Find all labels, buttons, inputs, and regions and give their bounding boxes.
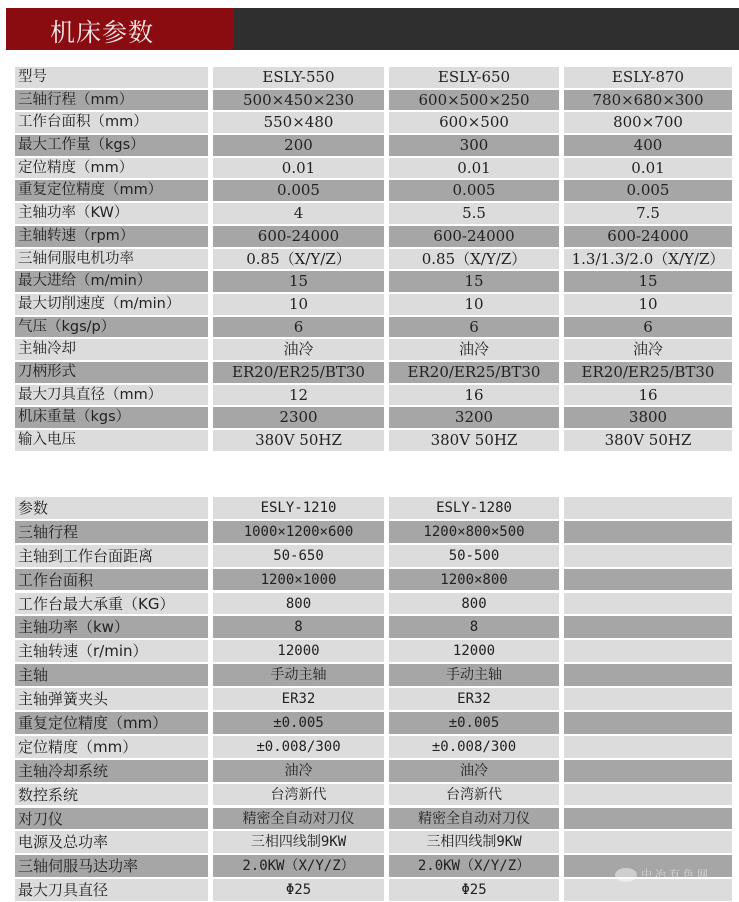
param-value: 600×500	[389, 112, 559, 133]
param-value: 12	[213, 385, 384, 406]
param-value	[564, 879, 732, 901]
table-row: 重复定位精度（mm）0.0050.0050.005	[15, 180, 732, 201]
param-label: 定位精度（mm）	[15, 158, 208, 179]
param-value: 780×680×300	[564, 90, 732, 111]
table-row: 数控系统台湾新代台湾新代	[15, 784, 732, 806]
param-value	[564, 760, 732, 782]
param-label: 刀柄形式	[15, 362, 208, 383]
table-row: 主轴转速（rpm）600-24000600-24000600-24000	[15, 226, 732, 247]
param-label: 主轴冷却	[15, 339, 208, 360]
param-value: 3200	[389, 407, 559, 428]
param-value: ER32	[389, 688, 559, 710]
param-value: 手动主轴	[389, 664, 559, 686]
table-row: 最大刀具直径（mm）121616	[15, 385, 732, 406]
param-label: 主轴弹簧夹头	[15, 688, 208, 710]
param-label: 最大刀具直径	[15, 879, 208, 901]
banner-title: 机床参数	[50, 13, 154, 49]
param-label: 三轴伺服马达功率	[15, 855, 208, 877]
param-value: 50-650	[213, 545, 384, 567]
param-value: 800×700	[564, 112, 732, 133]
param-value: 油冷	[389, 339, 559, 360]
banner-accent: 机床参数	[6, 8, 234, 50]
param-value: 400	[564, 135, 732, 156]
param-value: Φ25	[213, 879, 384, 901]
table-row: 最大刀具直径Φ25Φ25	[15, 879, 732, 901]
param-value: 10	[213, 294, 384, 315]
param-label: 最大切削速度（m/min）	[15, 294, 208, 315]
param-label: 三轴行程	[15, 521, 208, 543]
param-label: 三轴伺服电机功率	[15, 249, 208, 270]
param-value: ESLY-650	[389, 67, 559, 88]
param-value: 0.005	[564, 180, 732, 201]
table-row: 主轴转速（r/min）1200012000	[15, 640, 732, 662]
table-row: 输入电压380V 50HZ380V 50HZ380V 50HZ	[15, 430, 732, 451]
param-label: 最大工作量（kgs）	[15, 135, 208, 156]
param-label: 机床重量（kgs）	[15, 407, 208, 428]
param-value: Φ25	[389, 879, 559, 901]
table-row: 刀柄形式ER20/ER25/BT30ER20/ER25/BT30ER20/ER2…	[15, 362, 732, 383]
param-value: ER20/ER25/BT30	[564, 362, 732, 383]
param-value	[564, 569, 732, 591]
param-value: 0.01	[564, 158, 732, 179]
param-label: 定位精度（mm）	[15, 736, 208, 758]
param-label: 最大刀具直径（mm）	[15, 385, 208, 406]
param-value: 油冷	[213, 760, 384, 782]
param-value: 300	[389, 135, 559, 156]
param-value	[564, 545, 732, 567]
param-value: 1200×800×500	[389, 521, 559, 543]
param-value	[564, 784, 732, 806]
table-row: 最大进给（m/min）151515	[15, 271, 732, 292]
param-value: 油冷	[389, 760, 559, 782]
param-value: 8	[213, 616, 384, 638]
param-value: 三相四线制9KW	[213, 831, 384, 853]
param-value: 2.0KW（X/Y/Z）	[213, 855, 384, 877]
table-row: 对刀仪精密全自动对刀仪精密全自动对刀仪	[15, 808, 732, 830]
watermark-text: 中冶有色网	[641, 868, 711, 881]
table-row: 定位精度（mm）0.010.010.01	[15, 158, 732, 179]
param-label: 主轴转速（r/min）	[15, 640, 208, 662]
param-value: 1200×1000	[213, 569, 384, 591]
param-value: 1200×800	[389, 569, 559, 591]
param-value: 0.85（X/Y/Z）	[213, 249, 384, 270]
param-value: 15	[389, 271, 559, 292]
param-label: 输入电压	[15, 430, 208, 451]
param-value: ESLY-1210	[213, 497, 384, 519]
param-value: 6	[389, 317, 559, 338]
param-value: ER20/ER25/BT30	[389, 362, 559, 383]
table-row: 气压（kgs/p）666	[15, 317, 732, 338]
table-row: 主轴功率（kw）88	[15, 616, 732, 638]
table-row: 重复定位精度（mm）±0.005±0.005	[15, 712, 732, 734]
param-value	[564, 808, 732, 830]
param-value: 油冷	[564, 339, 732, 360]
param-value: 2.0KW（X/Y/Z）	[389, 855, 559, 877]
table-row: 最大切削速度（m/min）101010	[15, 294, 732, 315]
param-value: 380V 50HZ	[564, 430, 732, 451]
param-value	[564, 736, 732, 758]
param-value: 16	[389, 385, 559, 406]
table-row: 主轴冷却油冷油冷油冷	[15, 339, 732, 360]
param-value: 10	[389, 294, 559, 315]
table-header-row: 参数ESLY-1210ESLY-1280	[15, 497, 732, 519]
table-header-row: 型号ESLY-550ESLY-650ESLY-870	[15, 67, 732, 88]
param-value	[564, 497, 732, 519]
param-value: 500×450×230	[213, 90, 384, 111]
table-row: 三轴行程（mm）500×450×230600×500×250780×680×30…	[15, 90, 732, 111]
param-label: 工作台面积	[15, 569, 208, 591]
param-value: ESLY-870	[564, 67, 732, 88]
param-value: ER32	[213, 688, 384, 710]
param-value: 油冷	[213, 339, 384, 360]
param-value: 12000	[389, 640, 559, 662]
param-value: 台湾新代	[213, 784, 384, 806]
param-value: 5.5	[389, 203, 559, 224]
table-row: 最大工作量（kgs）200300400	[15, 135, 732, 156]
param-value: 600-24000	[213, 226, 384, 247]
param-label: 重复定位精度（mm）	[15, 712, 208, 734]
param-value: 800	[389, 593, 559, 615]
table-row: 工作台最大承重（KG）800800	[15, 593, 732, 615]
param-value	[564, 593, 732, 615]
table-row: 机床重量（kgs）230032003800	[15, 407, 732, 428]
param-label: 工作台面积（mm）	[15, 112, 208, 133]
param-value: 0.85（X/Y/Z）	[389, 249, 559, 270]
param-label: 主轴到工作台面距离	[15, 545, 208, 567]
param-value	[564, 640, 732, 662]
param-value: ER20/ER25/BT30	[213, 362, 384, 383]
table-row: 工作台面积（mm）550×480600×500800×700	[15, 112, 732, 133]
param-value: 7.5	[564, 203, 732, 224]
table-row: 电源及总功率三相四线制9KW三相四线制9KW	[15, 831, 732, 853]
param-label: 主轴冷却系统	[15, 760, 208, 782]
table-row: 主轴弹簧夹头ER32ER32	[15, 688, 732, 710]
param-label: 对刀仪	[15, 808, 208, 830]
param-value: ±0.005	[389, 712, 559, 734]
param-value: ±0.008/300	[389, 736, 559, 758]
param-value: 16	[564, 385, 732, 406]
table-row: 三轴行程1000×1200×6001200×800×500	[15, 521, 732, 543]
param-value: 0.005	[213, 180, 384, 201]
param-label: 主轴转速（rpm）	[15, 226, 208, 247]
param-value: 0.005	[389, 180, 559, 201]
param-label: 主轴功率（KW）	[15, 203, 208, 224]
param-value	[564, 521, 732, 543]
param-value: 600×500×250	[389, 90, 559, 111]
table-row: 主轴功率（KW）45.57.5	[15, 203, 732, 224]
param-label: 主轴	[15, 664, 208, 686]
param-value: 200	[213, 135, 384, 156]
param-value: 380V 50HZ	[213, 430, 384, 451]
section-banner: 机床参数	[6, 8, 739, 50]
table-row: 三轴伺服电机功率0.85（X/Y/Z）0.85（X/Y/Z）1.3/1.3/2.…	[15, 249, 732, 270]
param-label: 三轴行程（mm）	[15, 90, 208, 111]
param-value: 6	[564, 317, 732, 338]
param-value: 2300	[213, 407, 384, 428]
param-value: 台湾新代	[389, 784, 559, 806]
param-value: 600-24000	[389, 226, 559, 247]
param-value	[564, 664, 732, 686]
param-value: 800	[213, 593, 384, 615]
param-value: 600-24000	[564, 226, 732, 247]
param-label: 数控系统	[15, 784, 208, 806]
table-row: 定位精度（mm）±0.008/300±0.008/300	[15, 736, 732, 758]
table-row: 主轴到工作台面距离50-65050-500	[15, 545, 732, 567]
table-row: 工作台面积1200×10001200×800	[15, 569, 732, 591]
param-value	[564, 688, 732, 710]
param-label: 气压（kgs/p）	[15, 317, 208, 338]
watermark: 中冶有色网	[615, 866, 711, 882]
spec-table-2: 参数ESLY-1210ESLY-1280三轴行程1000×1200×600120…	[15, 497, 732, 902]
param-value: 12000	[213, 640, 384, 662]
param-value: 550×480	[213, 112, 384, 133]
param-value: 0.01	[389, 158, 559, 179]
param-value: 6	[213, 317, 384, 338]
param-value: 15	[213, 271, 384, 292]
param-value: 3800	[564, 407, 732, 428]
spec-table-1: 型号ESLY-550ESLY-650ESLY-870三轴行程（mm）500×45…	[15, 67, 732, 453]
param-label: 主轴功率（kw）	[15, 616, 208, 638]
param-value: 15	[564, 271, 732, 292]
param-value	[564, 712, 732, 734]
param-value: 0.01	[213, 158, 384, 179]
param-value: 10	[564, 294, 732, 315]
param-value: ±0.005	[213, 712, 384, 734]
param-label: 型号	[15, 67, 208, 88]
param-value: 精密全自动对刀仪	[213, 808, 384, 830]
param-value: 1.3/1.3/2.0（X/Y/Z）	[564, 249, 732, 270]
param-value: 50-500	[389, 545, 559, 567]
param-value: ESLY-1280	[389, 497, 559, 519]
param-label: 最大进给（m/min）	[15, 271, 208, 292]
param-label: 电源及总功率	[15, 831, 208, 853]
param-value: 8	[389, 616, 559, 638]
table-row: 主轴手动主轴手动主轴	[15, 664, 732, 686]
param-value	[564, 831, 732, 853]
param-value	[564, 616, 732, 638]
param-label: 重复定位精度（mm）	[15, 180, 208, 201]
param-value: ±0.008/300	[213, 736, 384, 758]
param-value: ESLY-550	[213, 67, 384, 88]
param-value: 三相四线制9KW	[389, 831, 559, 853]
param-value: 手动主轴	[213, 664, 384, 686]
param-value: 1000×1200×600	[213, 521, 384, 543]
param-label: 工作台最大承重（KG）	[15, 593, 208, 615]
param-label: 参数	[15, 497, 208, 519]
param-value: 精密全自动对刀仪	[389, 808, 559, 830]
table-row: 主轴冷却系统油冷油冷	[15, 760, 732, 782]
param-value: 4	[213, 203, 384, 224]
param-value: 380V 50HZ	[389, 430, 559, 451]
watermark-logo-icon	[615, 868, 637, 882]
